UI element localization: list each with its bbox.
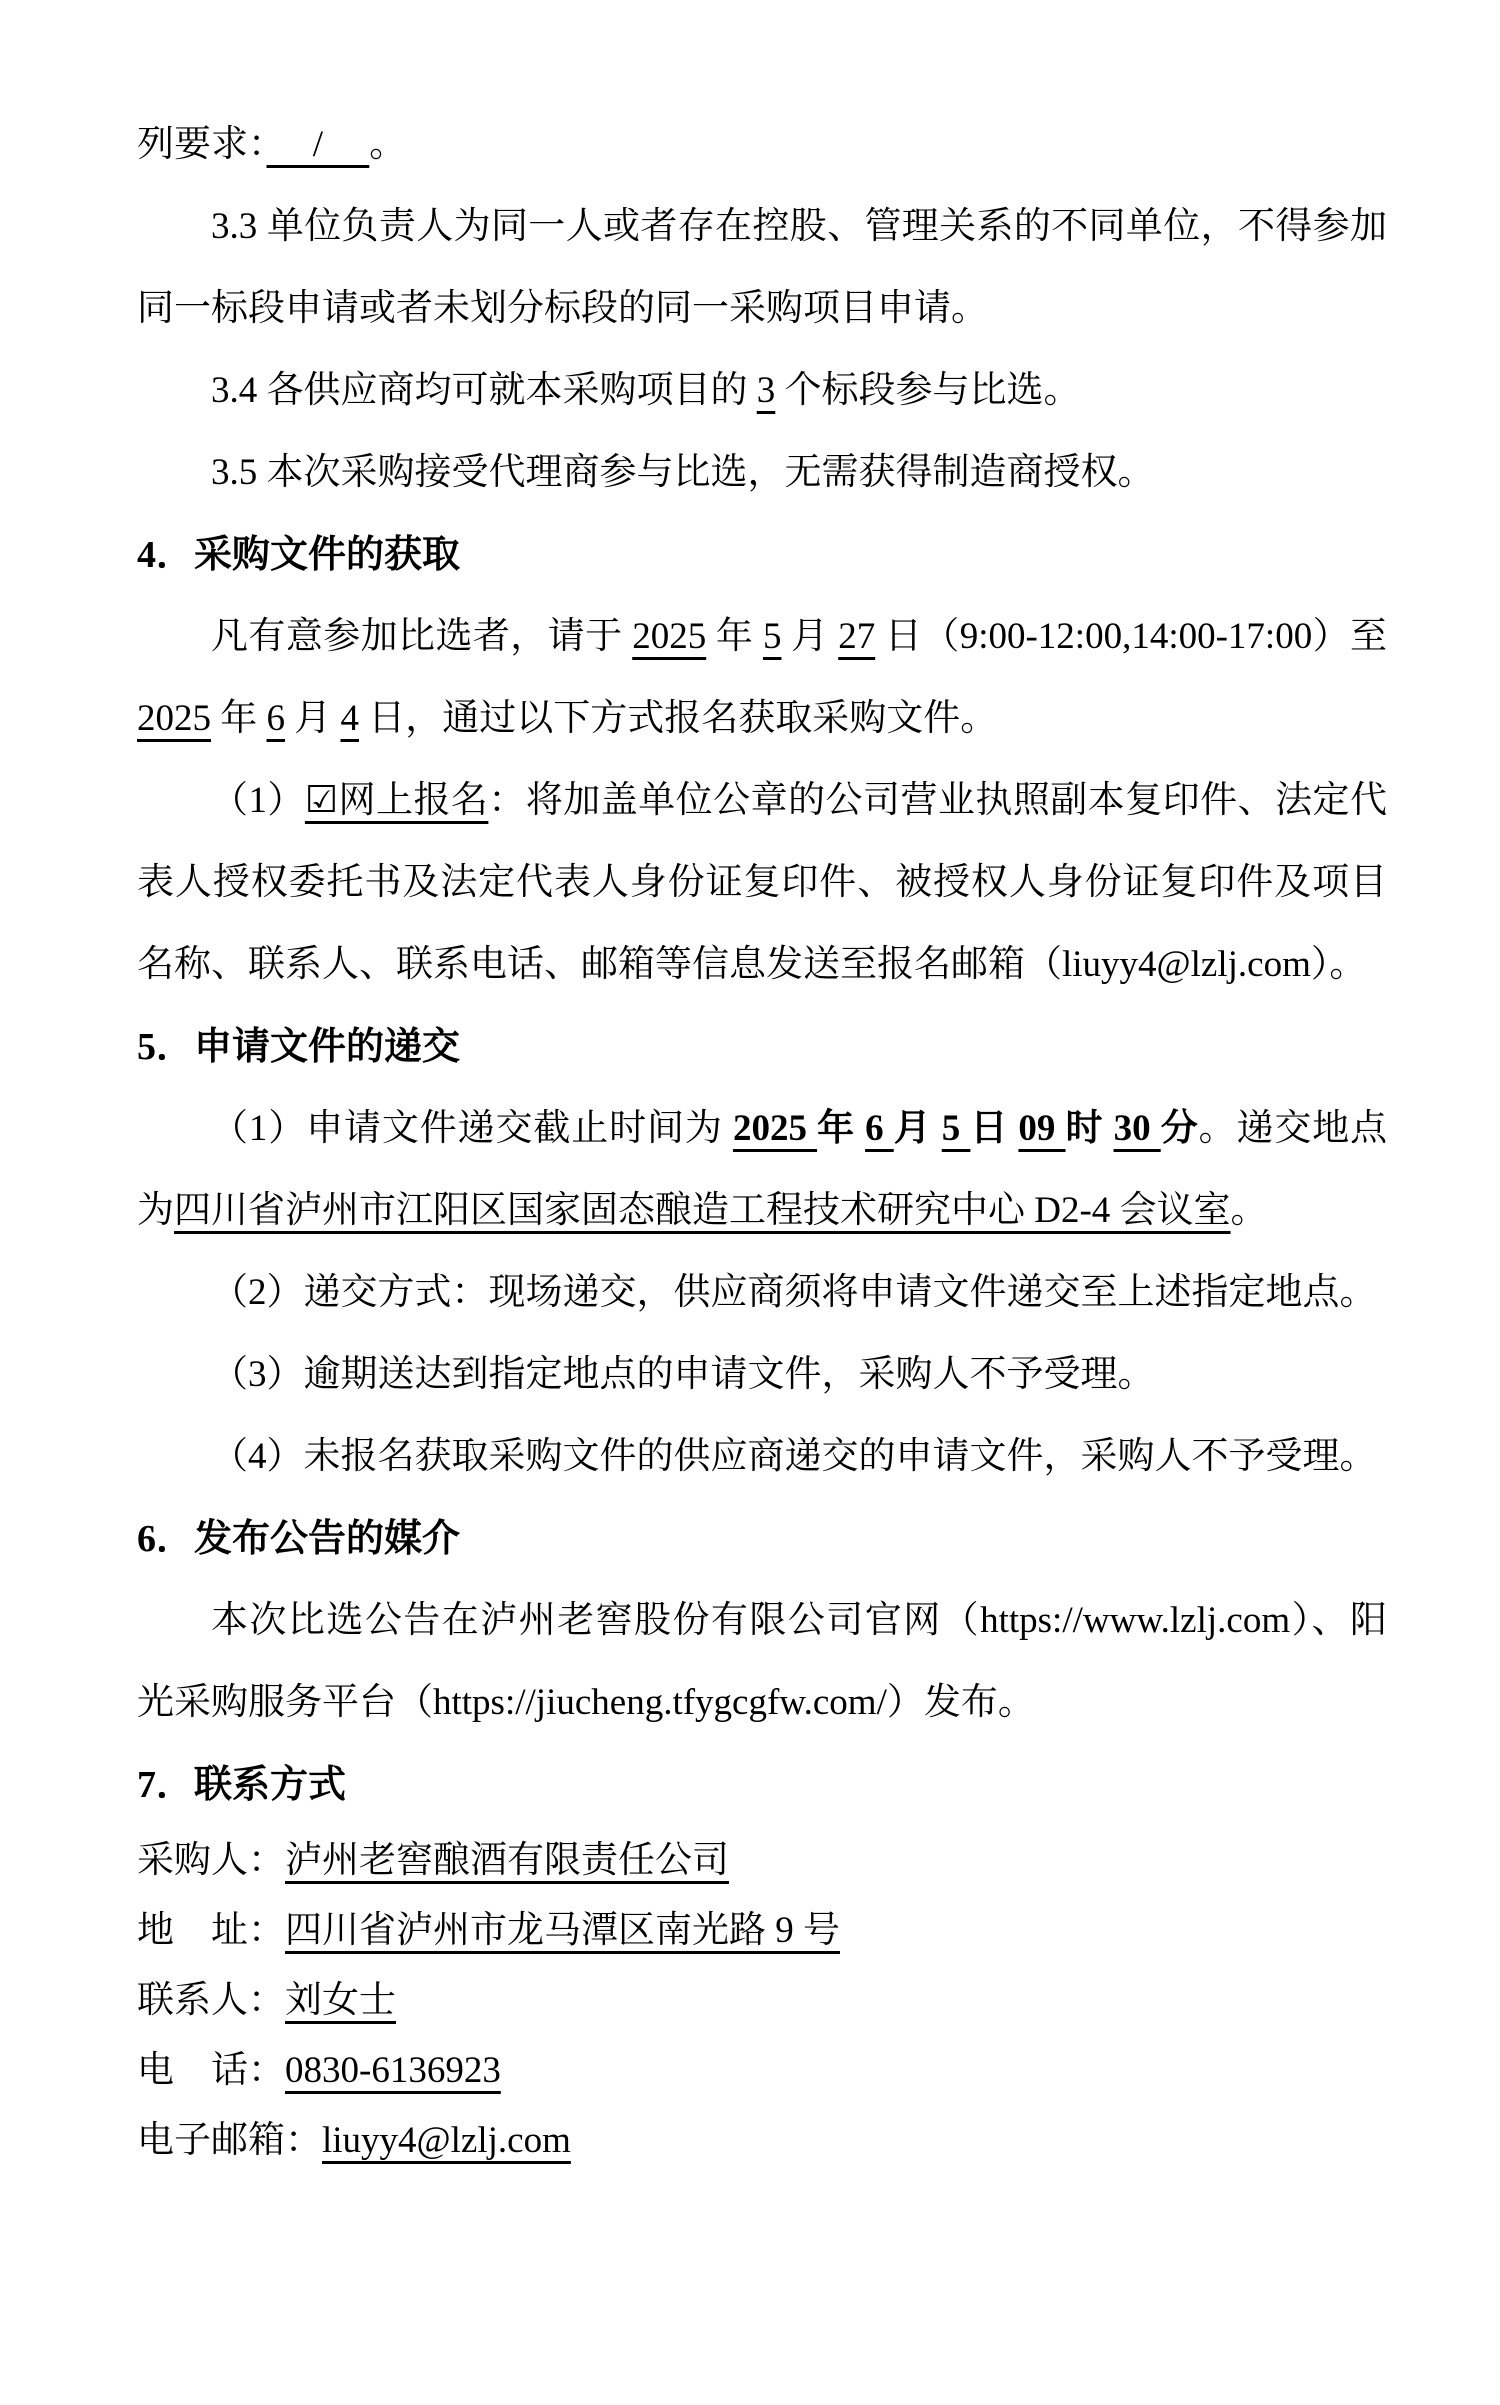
delivery-location: 四川省泸州市江阳区国家固态酿造工程技术研究中心 D2-4 会议室 [174, 1190, 1231, 1231]
late-delivery-para: （3）逾期送达到指定地点的申请文件，采购人不予受理。 [137, 1334, 1387, 1416]
text-run: 本次比选公告在泸州老窖股份有限公司官网（https://www.lzlj.com… [137, 1600, 1387, 1723]
text-run: 2025 [632, 616, 706, 657]
section-6-heading: 6．发布公告的媒介 [137, 1498, 1387, 1580]
text-run: （4）未报名获取采购文件的供应商递交的申请文件，采购人不予受理。 [211, 1436, 1377, 1477]
purchaser-value: 泸州老窖酿酒有限责任公司 [285, 1840, 729, 1881]
delivery-method-para: （2）递交方式：现场递交，供应商须将申请文件递交至上述指定地点。 [137, 1252, 1387, 1334]
unregistered-supplier-para: （4）未报名获取采购文件的供应商递交的申请文件，采购人不予受理。 [137, 1416, 1387, 1498]
clause-3-4: 3.4 各供应商均可就本采购项目的 3 个标段参与比选。 [137, 350, 1387, 432]
address-line: 地 址：四川省泸州市龙马潭区南光路 9 号 [137, 1896, 1387, 1966]
clause-3-5: 3.5 本次采购接受代理商参与比选，无需获得制造商授权。 [137, 432, 1387, 514]
text-run: 月 [781, 616, 838, 657]
text-run: 30 [1114, 1108, 1161, 1149]
email-line: 电子邮箱：liuyy4@lzlj.com [137, 2106, 1387, 2176]
text-run: 年 [706, 616, 763, 657]
text-run: （1）申请文件递交截止时间为 [211, 1108, 733, 1149]
text-run: 日，通过以下方式报名获取采购文件。 [359, 698, 997, 739]
document-page: 列要求： / 。3.3 单位负责人为同一人或者存在控股、管理关系的不同单位，不得… [0, 0, 1500, 2405]
text-run: 分 [1161, 1108, 1199, 1149]
section-4-heading: 4．采购文件的获取 [137, 514, 1387, 596]
text-run: 日（9:00-12:00,14:00-17:00）至 [875, 616, 1387, 657]
text-run: 年 [211, 698, 267, 739]
address-label: 地 址： [137, 1910, 285, 1951]
checked-online-registration: ☑网上报名 [305, 780, 488, 821]
text-run: 6 [865, 1108, 894, 1149]
text-run: 3.3 单位负责人为同一人或者存在控股、管理关系的不同单位，不得参加同一标段申请… [137, 206, 1387, 329]
section-4-para: 凡有意参加比选者，请于 2025 年 5 月 27 日（9:00-12:00,1… [137, 596, 1387, 760]
contact-person-label: 联系人： [137, 1980, 285, 2021]
text-run: 27 [838, 616, 875, 657]
phone-line: 电 话：0830-6136923 [137, 2036, 1387, 2106]
text-run: 6 [267, 698, 286, 739]
purchaser-label: 采购人： [137, 1840, 285, 1881]
email-label: 电子邮箱： [137, 2120, 322, 2161]
text-run: 个标段参与比选。 [775, 370, 1080, 411]
phone-label: 电 话： [137, 2050, 285, 2091]
text-run: （2）递交方式：现场递交，供应商须将申请文件递交至上述指定地点。 [211, 1272, 1377, 1313]
text-run: 凡有意参加比选者，请于 [211, 616, 632, 657]
text-run: 6．发布公告的媒介 [137, 1518, 460, 1560]
text-run: 。 [369, 124, 406, 165]
text-run: 09 [1018, 1108, 1065, 1149]
phone-value: 0830-6136923 [285, 2050, 501, 2091]
document-body: 列要求： / 。3.3 单位负责人为同一人或者存在控股、管理关系的不同单位，不得… [137, 104, 1387, 2176]
text-run: （3）逾期送达到指定地点的申请文件，采购人不予受理。 [211, 1354, 1155, 1395]
text-run: 年 [817, 1108, 865, 1149]
text-run: 月 [894, 1108, 942, 1149]
text-run: （1） [211, 780, 305, 821]
text-run: 5 [942, 1108, 971, 1149]
clause-3-3: 3.3 单位负责人为同一人或者存在控股、管理关系的不同单位，不得参加同一标段申请… [137, 186, 1387, 350]
online-registration-para: （1）☑网上报名：将加盖单位公章的公司营业执照副本复印件、法定代表人授权委托书及… [137, 760, 1387, 1006]
text-run: 4．采购文件的获取 [137, 534, 460, 576]
text-run: 3.4 各供应商均可就本采购项目的 [211, 370, 757, 411]
text-run: 3 [757, 370, 776, 411]
text-run: 5．申请文件的递交 [137, 1026, 460, 1068]
contact-person-line: 联系人：刘女士 [137, 1966, 1387, 2036]
section-7-heading: 7．联系方式 [137, 1744, 1387, 1826]
address-value: 四川省泸州市龙马潭区南光路 9 号 [285, 1910, 840, 1951]
blank-slash-field: / [267, 124, 370, 165]
text-run: 。 [1231, 1190, 1268, 1231]
text-run: 列要求： [137, 124, 267, 165]
text-run: 日 [970, 1108, 1018, 1149]
text-run: 时 [1066, 1108, 1114, 1149]
text-run: 月 [285, 698, 341, 739]
purchaser-line: 采购人：泸州老窖酿酒有限责任公司 [137, 1826, 1387, 1896]
email-value: liuyy4@lzlj.com [322, 2120, 571, 2161]
text-run: 5 [763, 616, 782, 657]
text-run: 2025 [137, 698, 211, 739]
section-5-heading: 5．申请文件的递交 [137, 1006, 1387, 1088]
announcement-media-para: 本次比选公告在泸州老窖股份有限公司官网（https://www.lzlj.com… [137, 1580, 1387, 1744]
text-run: 2025 [733, 1108, 817, 1149]
text-run: 4 [341, 698, 360, 739]
text-run: 7．联系方式 [137, 1764, 346, 1806]
text-run: 3.5 本次采购接受代理商参与比选，无需获得制造商授权。 [211, 452, 1155, 493]
contact-person-value: 刘女士 [285, 1980, 396, 2021]
continued-line: 列要求： / 。 [137, 104, 1387, 186]
deadline-para: （1）申请文件递交截止时间为 2025 年 6 月 5 日 09 时 30 分。… [137, 1088, 1387, 1252]
